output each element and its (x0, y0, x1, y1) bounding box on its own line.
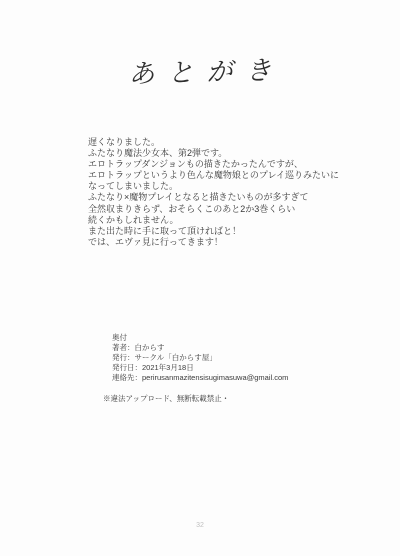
afterword-line: ふたなり×魔物プレイとなると描きたいものが多すぎて (88, 192, 348, 203)
colophon-publisher: 発行：サークル「白からす屋」 (112, 353, 288, 363)
afterword-line: 続くかもしれません。 (88, 215, 348, 226)
colophon-publish-date: 発行日：2021年3月18日 (112, 363, 288, 373)
afterword-line: エロトラップダンジョンもの描きたかったんですが、 (88, 159, 348, 170)
afterword-text: 遅くなりました。 ふたなり魔法少女本、第2弾です。 エロトラップダンジョンもの描… (88, 137, 348, 248)
afterword-line: 遅くなりました。 (88, 137, 348, 148)
afterword-line: ふたなり魔法少女本、第2弾です。 (88, 148, 348, 159)
colophon-heading: 奥付 (112, 333, 288, 343)
page-number: 32 (0, 522, 400, 529)
page-title: あとがき (0, 47, 400, 94)
colophon-contact-email: 連絡先：perirusanmazitensisugimasuwa@gmail.c… (112, 373, 288, 383)
afterword-line: では、エヴァ見に行ってきます！ (88, 237, 348, 248)
afterword-line: 全然収まりきらず、おそらくこのあと2か3巻くらい (88, 204, 348, 215)
afterword-line: なってしまいました。 (88, 181, 348, 192)
copyright-notice: ※違法アップロード、無断転載禁止・ (103, 393, 229, 404)
afterword-line: また出た時に手に取って頂ければと！ (88, 226, 348, 237)
colophon: 奥付 著者：白からす 発行：サークル「白からす屋」 発行日：2021年3月18日… (112, 333, 288, 383)
afterword-line: エロトラップというより色んな魔物娘とのプレイ巡りみたいに (88, 170, 348, 181)
colophon-author: 著者：白からす (112, 343, 288, 353)
afterword-page: あとがき 遅くなりました。 ふたなり魔法少女本、第2弾です。 エロトラップダンジ… (0, 0, 400, 556)
